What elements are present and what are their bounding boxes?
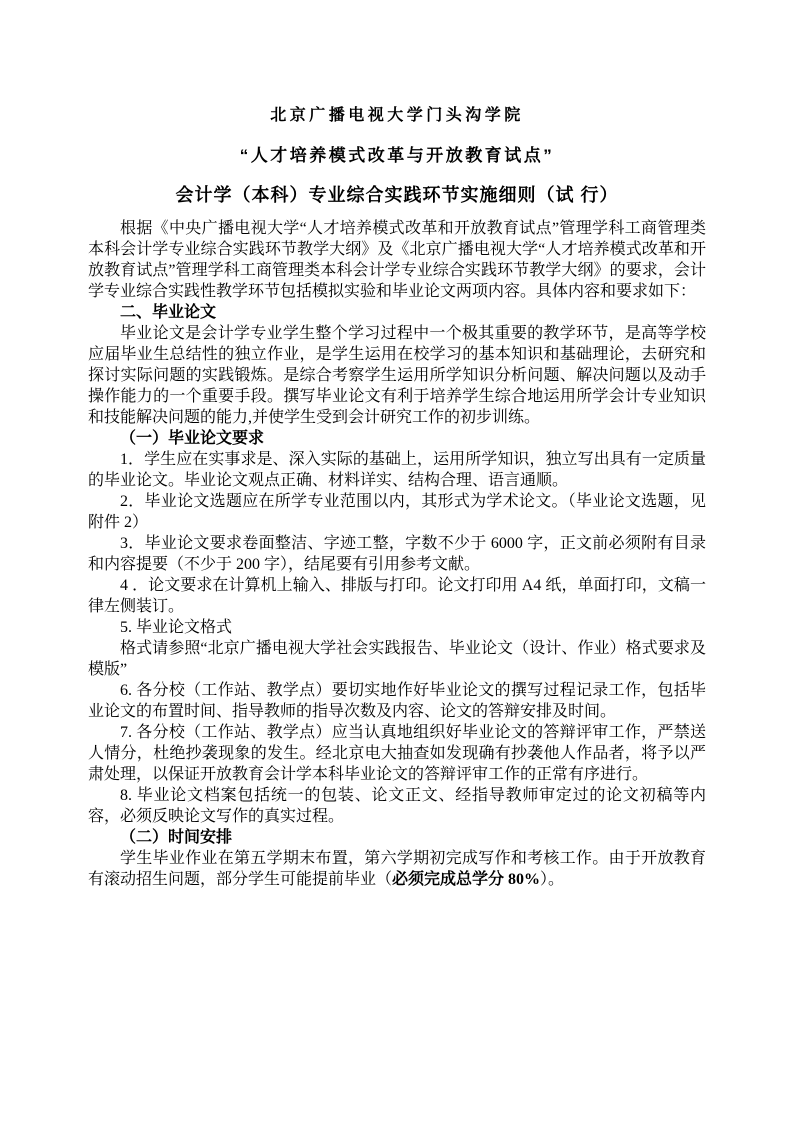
paragraph-requirement-7: 7. 各分校（工作站、教学点）应当认真地组织好毕业论文的答辩评审工作，严禁送人情… [88, 722, 706, 785]
paragraph-format-reference: 格式请参照“北京广播电视大学社会实践报告、毕业论文（设计、作业）格式要求及模版” [88, 638, 706, 680]
document-body: 根据《中央广播电视大学“人才培养模式改革和开放教育试点”管理学科工商管理类本科会… [88, 218, 706, 890]
paragraph-requirement-3: 3．毕业论文要求卷面整洁、字迹工整，字数不少于 6000 字，正文前必须附有目录… [88, 533, 706, 575]
paragraph-requirement-5: 5. 毕业论文格式 [88, 617, 706, 638]
paragraph-intro: 根据《中央广播电视大学“人才培养模式改革和开放教育试点”管理学科工商管理类本科会… [88, 218, 706, 302]
heading-time-schedule: （二）时间安排 [88, 827, 706, 848]
paragraph-requirement-4: 4 ．论文要求在计算机上输入、排版与打印。论文打印用 A4 纸，单面打印，文稿一… [88, 575, 706, 617]
heading-thesis-requirements: （一）毕业论文要求 [88, 428, 706, 449]
document-title-program: “人才培养模式改革与开放教育试点” [88, 145, 706, 166]
paragraph-thesis-overview: 毕业论文是会计学专业学生整个学习过程中一个极其重要的教学环节，是高等学校应届毕业… [88, 323, 706, 428]
credit-requirement-bold-text: 必须完成总学分 80% [392, 871, 540, 888]
paragraph-requirement-6: 6. 各分校（工作站、教学点）要切实地作好毕业论文的撰写过程记录工作，包括毕业论… [88, 680, 706, 722]
paragraph-requirement-8: 8. 毕业论文档案包括统一的包装、论文正文、经指导教师审定过的论文初稿等内容，必… [88, 785, 706, 827]
paragraph-time-schedule: 学生毕业作业在第五学期末布置，第六学期初完成写作和考核工作。由于开放教育有滚动招… [88, 848, 706, 890]
paragraph-requirement-2: 2．毕业论文选题应在所学专业范围以内，其形式为学术论文。（毕业论文选题，见附件 … [88, 491, 706, 533]
document-title-institution: 北京广播电视大学门头沟学院 [88, 0, 706, 126]
heading-section-2-thesis: 二、毕业论文 [88, 302, 706, 323]
paragraph-requirement-1: 1．学生应在实事求是、深入实际的基础上，运用所学知识，独立写出具有一定质量的毕业… [88, 449, 706, 491]
document-title-main: 会计学（本科）专业综合实践环节实施细则（试 行） [88, 184, 706, 206]
document-page: 北京广播电视大学门头沟学院 “人才培养模式改革与开放教育试点” 会计学（本科）专… [0, 0, 794, 1123]
time-schedule-text-after: ）。 [540, 871, 564, 888]
